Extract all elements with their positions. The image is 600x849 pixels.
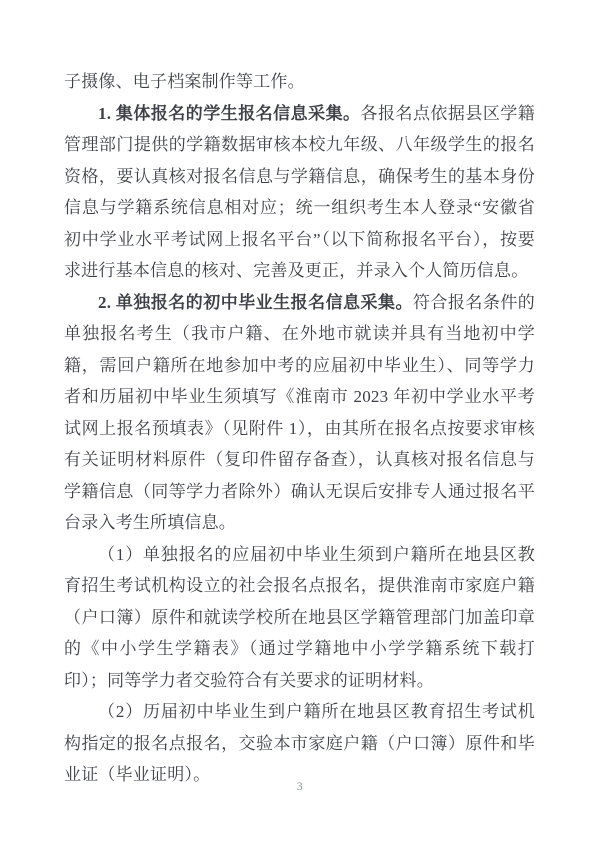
- paragraph: （1）单独报名的应届初中毕业生须到户籍所在地县区教育招生考试机构设立的社会报名点…: [64, 539, 535, 697]
- paragraph-text: 符合报名条件的单独报名考生（我市户籍、在外地市就读并具有当地初中学籍，需回户籍所…: [64, 293, 535, 533]
- paragraph-text: （1）单独报名的应届初中毕业生须到户籍所在地县区教育招生考试机构设立的社会报名点…: [64, 545, 535, 690]
- paragraph: （2）历届初中毕业生到户籍所在地县区教育招生考试机构指定的报名点报名，交验本市家…: [64, 696, 535, 791]
- paragraph-text: （2）历届初中毕业生到户籍所在地县区教育招生考试机构指定的报名点报名，交验本市家…: [64, 702, 535, 784]
- paragraph-lead: 1. 集体报名的学生报名信息采集。: [98, 104, 361, 123]
- paragraph-lead: 2. 单独报名的初中毕业生报名信息采集。: [98, 293, 413, 312]
- paragraph: 2. 单独报名的初中毕业生报名信息采集。符合报名条件的单独报名考生（我市户籍、在…: [64, 287, 535, 539]
- document-page: 子摄像、电子档案制作等工作。 1. 集体报名的学生报名信息采集。各报名点依据县区…: [0, 0, 600, 849]
- document-body: 子摄像、电子档案制作等工作。 1. 集体报名的学生报名信息采集。各报名点依据县区…: [64, 66, 535, 791]
- paragraph-text: 子摄像、电子档案制作等工作。: [64, 72, 305, 91]
- page-number: 3: [0, 779, 600, 794]
- paragraph-text: 各报名点依据县区学籍管理部门提供的学籍数据审核本校九年级、八年级学生的报名资格，…: [64, 104, 535, 281]
- paragraph: 1. 集体报名的学生报名信息采集。各报名点依据县区学籍管理部门提供的学籍数据审核…: [64, 98, 535, 287]
- paragraph: 子摄像、电子档案制作等工作。: [64, 66, 535, 98]
